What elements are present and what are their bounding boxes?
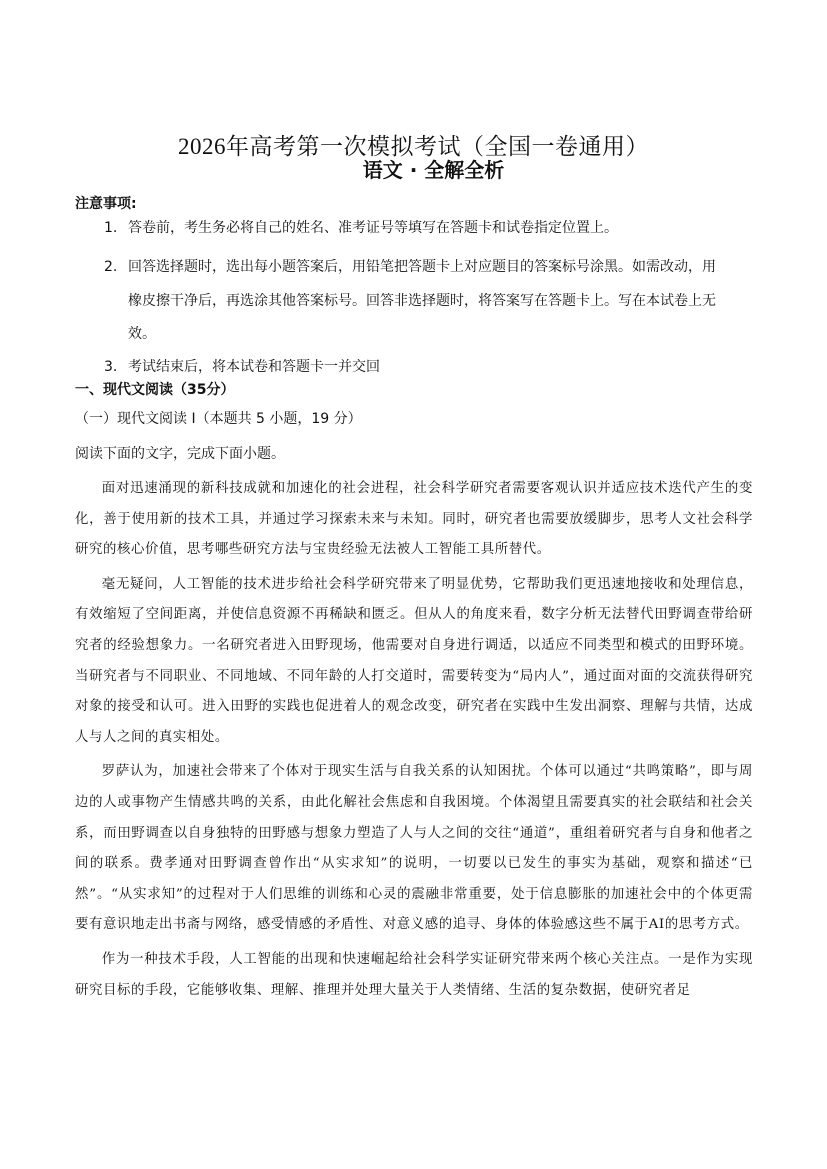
reading-passage: 面对迅速涌现的新科技成就和加速化的社会进程，社会科学研究者需要客观认识并适应技术… <box>75 474 753 1010</box>
notice-item-text: 答卷前，考生务必将自己的姓名、准考证号等填写在答题卡和试卷指定位置上。 <box>128 220 618 236</box>
notice-item-number: 2. <box>104 251 128 283</box>
passage-paragraph: 作为一种技术手段，人工智能的出现和快速崛起给社会科学实证研究带来两个核心关注点。… <box>75 945 753 1006</box>
passage-paragraph: 罗萨认为，加速社会带来了个体对于现实生活与自我关系的认知困扰。个体可以通过“共鸣… <box>75 757 753 941</box>
notice-item-number: 1. <box>104 212 128 244</box>
notice-item-text: 回答选择题时，选出每小题答案后，用铅笔把答题卡上对应题目的答案标号涂黑。如需改动… <box>128 259 716 275</box>
section-heading: 一、现代文阅读（35分） <box>75 379 234 399</box>
passage-paragraph: 面对迅速涌现的新科技成就和加速化的社会进程，社会科学研究者需要客观认识并适应技术… <box>75 474 753 566</box>
passage-paragraph: 毫无疑问，人工智能的技术进步给社会科学研究带来了明显优势，它帮助我们更迅速地接收… <box>75 570 753 754</box>
notice-item-2: 2.回答选择题时，选出每小题答案后，用铅笔把答题卡上对应题目的答案标号涂黑。如需… <box>104 251 716 283</box>
notice-item-1: 1.答卷前，考生务必将自己的姓名、准考证号等填写在答题卡和试卷指定位置上。 <box>104 212 618 244</box>
section-subheading: （一）现代文阅读 I（本题共 5 小题，19 分） <box>75 408 362 428</box>
notice-heading: 注意事项: <box>75 193 137 213</box>
reading-instruction: 阅读下面的文字，完成下面小题。 <box>75 443 285 463</box>
document-subtitle: 语文 · 全解全析 <box>0 154 827 183</box>
notice-item-2-continuation: 橡皮擦干净后，再选涂其他答案标号。回答非选择题时，将答案写在答题卡上。写在本试卷… <box>128 285 716 317</box>
notice-item-text: 考试结束后，将本试卷和答题卡一并交回 <box>128 359 380 375</box>
notice-item-2-continuation: 效。 <box>128 318 156 350</box>
